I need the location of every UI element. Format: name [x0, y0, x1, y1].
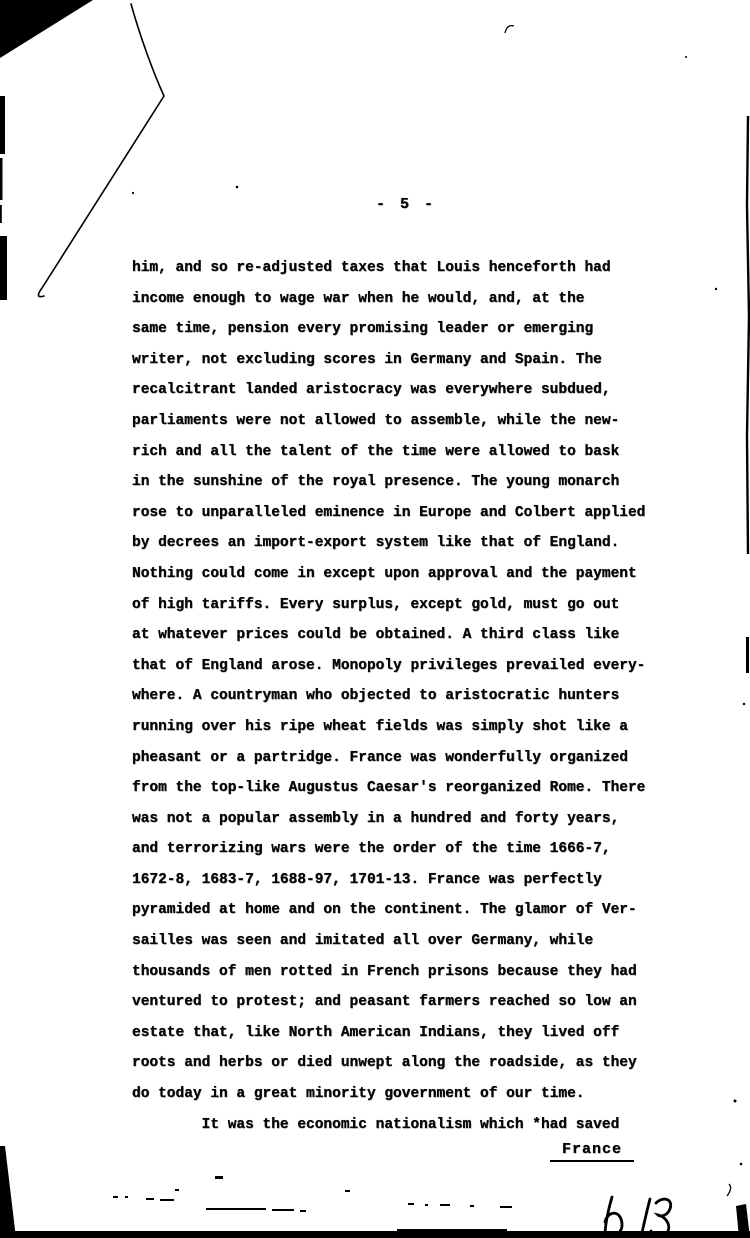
text-line: parliaments were not allowed to assemble… [132, 406, 662, 437]
text-line: that of England arose. Monopoly privileg… [132, 651, 662, 682]
page-number: - 5 - [376, 196, 436, 213]
text-line: by decrees an import-export system like … [132, 528, 662, 559]
text-line: roots and herbs or died unwept along the… [132, 1048, 662, 1079]
text-line: estate that, like North American Indians… [132, 1018, 662, 1049]
text-line: in the sunshine of the royal presence. T… [132, 467, 662, 498]
text-line: recalcitrant landed aristocracy was ever… [132, 375, 662, 406]
text-line: writer, not excluding scores in Germany … [132, 345, 662, 376]
text-line: running over his ripe wheat fields was s… [132, 712, 662, 743]
text-line: pheasant or a partridge. France was wond… [132, 743, 662, 774]
text-line: same time, pension every promising leade… [132, 314, 662, 345]
text-line: It was the economic nationalism which *h… [132, 1110, 662, 1141]
text-line: ventured to protest; and peasant farmers… [132, 987, 662, 1018]
text-line: at whatever prices could be obtained. A … [132, 620, 662, 651]
text-line: do today in a great minority government … [132, 1079, 662, 1110]
ink-squiggle-artifact [727, 1184, 731, 1196]
typewritten-paragraph: him, and so re-adjusted taxes that Louis… [132, 253, 662, 1140]
text-line: income enough to wage war when he would,… [132, 284, 662, 315]
text-line: rich and all the talent of the time were… [132, 437, 662, 468]
handwritten-page-number [605, 1197, 671, 1237]
bottom-right-mark-artifact [736, 1204, 750, 1238]
bottom-edge-artifact [0, 1146, 750, 1238]
text-line: was not a popular assembly in a hundred … [132, 804, 662, 835]
left-edge-artifact [0, 96, 7, 300]
text-line: him, and so re-adjusted taxes that Louis… [132, 253, 662, 284]
text-line: 1672-8, 1683-7, 1688-97, 1701-13. France… [132, 865, 662, 896]
text-line: sailles was seen and imitated all over G… [132, 926, 662, 957]
right-edge-artifact [715, 116, 750, 1238]
text-line: from the top-like Augustus Caesar's reor… [132, 773, 662, 804]
dotted-line-artifact [113, 1176, 512, 1212]
text-line: pyramided at home and on the continent. … [132, 895, 662, 926]
text-line: and terrorizing wars were the order of t… [132, 834, 662, 865]
text-line: Nothing could come in except upon approv… [132, 559, 662, 590]
speck-artifacts [132, 26, 687, 194]
catchword-france: France [550, 1140, 634, 1162]
text-line: where. A countryman who objected to aris… [132, 681, 662, 712]
text-line: of high tariffs. Every surplus, except g… [132, 590, 662, 621]
corner-shadow-artifact [0, 0, 93, 58]
scanned-document-page: - 5 - him, and so re-adjusted taxes that… [0, 0, 750, 1238]
text-line: thousands of men rotted in French prison… [132, 957, 662, 988]
text-line: rose to unparalleled eminence in Europe … [132, 498, 662, 529]
